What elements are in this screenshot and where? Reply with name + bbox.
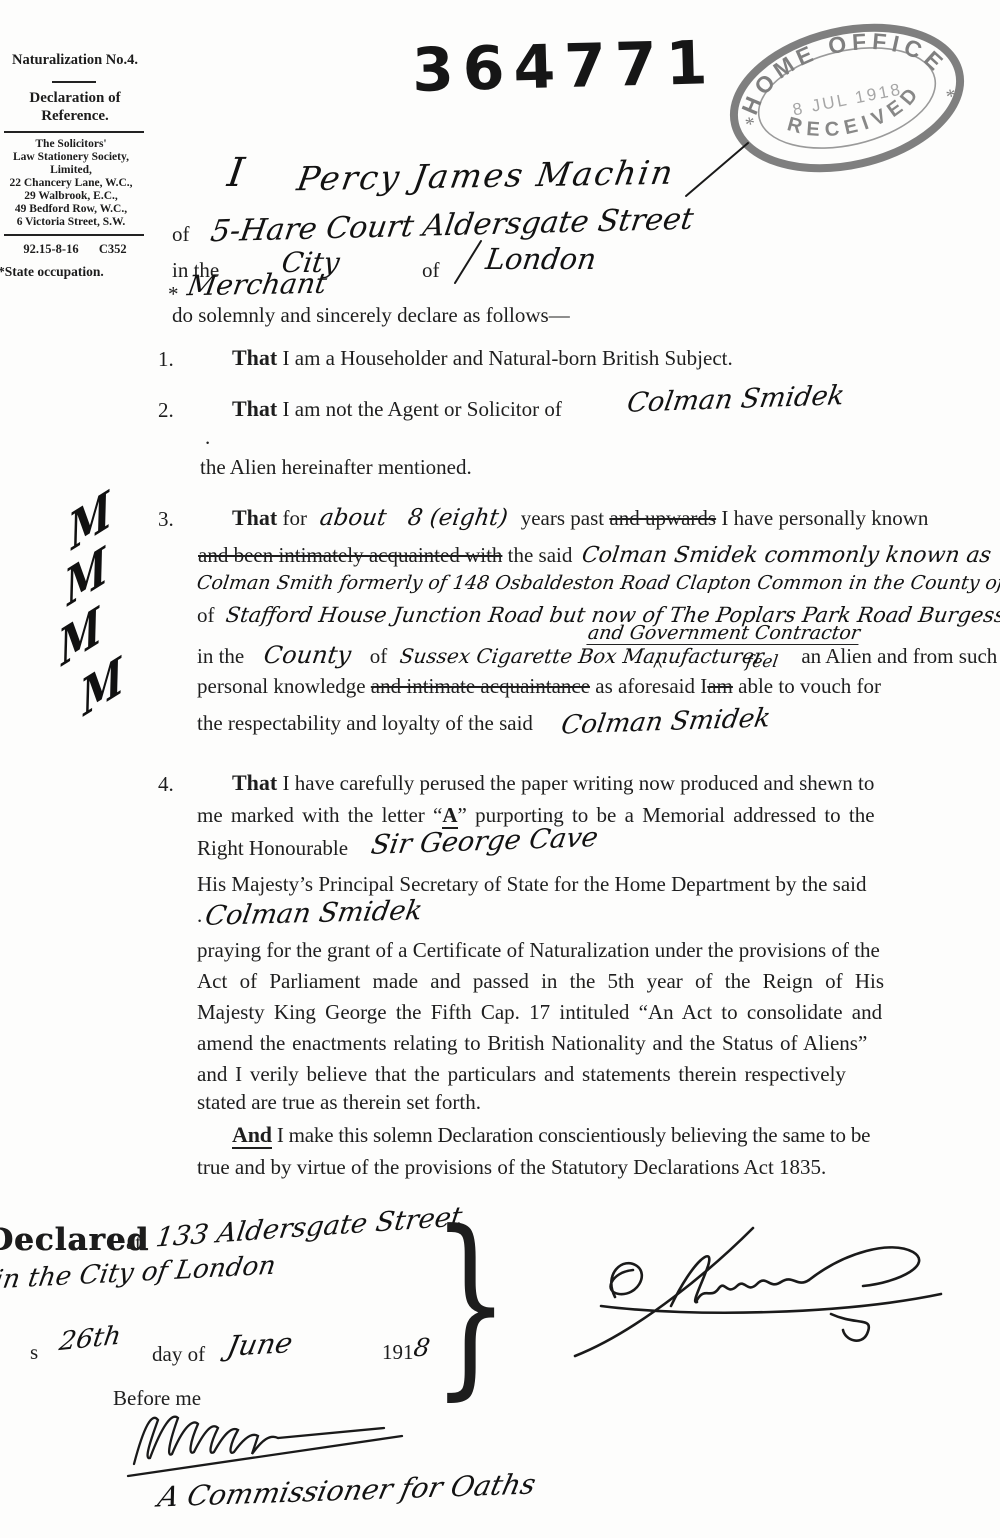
clause4-l10: and I verily believe that the particular… <box>197 1062 846 1087</box>
clause4-l7: Act of Parliament made and passed in the… <box>197 969 884 994</box>
that-word: That <box>232 770 277 795</box>
margin-form-number: Naturalization No.4. <box>4 52 146 69</box>
margin-stationer-block: The Solicitors' Law Stationery Society, … <box>0 138 146 229</box>
hw-county: County <box>262 641 353 669</box>
day-of-label: day of <box>152 1342 205 1367</box>
clause4-l2a: me marked with the letter “ <box>197 803 442 827</box>
clause3-number: 3. <box>158 507 174 532</box>
margin-divider-short <box>52 81 96 83</box>
of-label-2: of <box>422 258 440 283</box>
that-word: That <box>232 345 277 370</box>
clause2-number: 2. <box>158 398 174 423</box>
stationer-line: 29 Walbrook, E.C., <box>0 190 146 203</box>
margin-title-line2: Reference. <box>4 108 146 125</box>
years-past: years past <box>521 506 604 530</box>
closing-line1: And I make this solemn Declaration consc… <box>232 1122 870 1148</box>
hw-minister-name: Sir George Cave <box>369 822 601 861</box>
clause3-line2: and been intimately acquainted with the … <box>198 543 991 568</box>
clause1-text: That I am a Householder and Natural-born… <box>232 345 733 371</box>
respectability-loyalty: the respectability and loyalty of the sa… <box>197 711 533 735</box>
margin-divider-1 <box>4 131 144 133</box>
stationer-line: Limited, <box>0 164 146 177</box>
clause4-l5: . Colman Smidek <box>197 898 422 929</box>
clause4-l4: His Majesty’s Principal Secretary of Sta… <box>197 872 867 897</box>
hw-declared-place: 133 Aldersgate Street <box>154 1201 464 1253</box>
declarant-name: Percy James Machin <box>294 153 677 199</box>
stationer-line: The Solicitors' <box>0 138 146 151</box>
struck-acquainted: and been intimately acquainted with <box>198 543 502 567</box>
alien-name-handwritten: Colman Smidek <box>559 703 773 740</box>
alien-name-handwritten: Colman Smidek <box>625 380 847 419</box>
the-said: the said <box>508 543 573 567</box>
home-office-received-stamp: HOME OFFICE RECEIVED 8 JUL 1918 * * <box>722 14 972 182</box>
declarant-signature <box>545 1222 965 1362</box>
struck-am: am <box>707 674 733 698</box>
clause2-continuation: the Alien hereinafter mentioned. <box>200 455 472 480</box>
hw-years-count: 8 (eight) <box>406 505 509 531</box>
stray-period: . <box>205 425 210 450</box>
alien-name-handwritten: Colman Smidek <box>203 895 425 932</box>
clause3-line6: personal knowledge and intimate acquaint… <box>197 674 881 699</box>
hw-year-digit: 8 <box>412 1333 432 1362</box>
that-word: That <box>232 396 277 421</box>
clause4-l2b: ” purporting to be a Memorial addressed … <box>458 803 875 827</box>
clause1-body: I am a Householder and Natural-born Brit… <box>277 346 732 370</box>
clause4-line1: That I have carefully perused the paper … <box>232 770 874 796</box>
year-printed: 191 <box>382 1340 414 1365</box>
clause3-line7: the respectability and loyalty of the sa… <box>197 707 770 737</box>
leading-period: . <box>197 903 202 927</box>
document-number: 364771 <box>411 28 717 106</box>
margin-print-code: 92.15-8-16 C352 <box>4 242 146 257</box>
stationer-line: 6 Victoria Street, S.W. <box>0 216 146 229</box>
able-to-vouch: able to vouch for <box>738 674 881 698</box>
of-word: of <box>197 603 215 627</box>
closing-line2: true and by virtue of the provisions of … <box>197 1155 826 1180</box>
struck-and-upwards: and upwards <box>609 506 716 530</box>
stationer-line: Law Stationery Society, <box>0 151 146 164</box>
declarant-occupation: Merchant <box>185 267 329 302</box>
margin-occupation-note: *State occupation. <box>0 264 104 280</box>
as-aforesaid: as aforesaid I <box>595 674 707 698</box>
personal-knowledge: personal knowledge <box>197 674 366 698</box>
an-alien-from-such: an Alien and from such <box>801 644 997 668</box>
pen-flourish <box>452 238 484 286</box>
at-word: at <box>126 1230 141 1255</box>
hw-about: about <box>318 505 388 531</box>
declarant-place: London <box>484 242 599 276</box>
pen-flourish <box>682 140 752 198</box>
clause4-l11: stated are true as therein set forth. <box>197 1090 481 1115</box>
hw-feel-insert: feel <box>745 652 780 672</box>
declarant-pronoun: I <box>225 150 247 196</box>
execution-brace: } <box>432 1206 509 1402</box>
hw-month: June <box>224 1326 295 1362</box>
struck-intimate: and intimate acquaintance <box>371 674 590 698</box>
right-honourable: Right Honourable <box>197 836 348 861</box>
hw-occupation-sussex: Sussex Cigarette Box Manufacturer <box>399 644 766 668</box>
clause4-l8: Majesty King George the Fifth Cap. 17 in… <box>197 1000 882 1025</box>
letter-a-mark: A <box>442 803 457 829</box>
margin-divider-2 <box>4 234 144 236</box>
and-word: And <box>232 1122 272 1149</box>
declare-line: do solemnly and sincerely declare as fol… <box>172 303 570 328</box>
clause3-line5: in the County of Sussex Cigarette Box Ma… <box>197 641 997 669</box>
of-label: of <box>172 222 190 247</box>
personally-known: I have personally known <box>721 506 928 530</box>
clause2-text: That I am not the Agent or Solicitor of <box>232 396 562 422</box>
clause4-number: 4. <box>158 772 174 797</box>
closing-l1: I make this solemn Declaration conscient… <box>272 1123 871 1147</box>
that-word: That <box>232 505 277 530</box>
clause4-l1: I have carefully perused the paper writi… <box>277 771 874 795</box>
this-fragment: s <box>30 1340 38 1365</box>
hw-day: 26th <box>57 1321 123 1357</box>
clause3-hw-line3: Colman Smith formerly of 148 Osbaldeston… <box>195 572 1000 594</box>
clause1-number: 1. <box>158 347 174 372</box>
of-word-2: of <box>370 644 388 668</box>
print-code-left: 92.15-8-16 <box>23 242 78 256</box>
clause2-body: I am not the Agent or Solicitor of <box>277 397 562 421</box>
clause4-l6: praying for the grant of a Certificate o… <box>197 938 880 963</box>
for-word: for <box>283 506 308 530</box>
in-the: in the <box>197 644 244 668</box>
hw-known-as: Colman Smidek commonly known as <box>580 543 992 568</box>
clause3-line1: That for about 8 (eight) years past and … <box>232 505 928 531</box>
margin-title-line1: Declaration of <box>4 90 146 107</box>
print-code-right: C352 <box>99 242 127 256</box>
stationer-line: 49 Bedford Row, W.C., <box>0 203 146 216</box>
document-page: 364771 HOME OFFICE RECEIVED 8 JUL 1918 *… <box>0 0 1000 1538</box>
stationer-line: 22 Chancery Lane, W.C., <box>0 177 146 190</box>
clause4-l9: amend the enactments relating to British… <box>197 1031 867 1056</box>
